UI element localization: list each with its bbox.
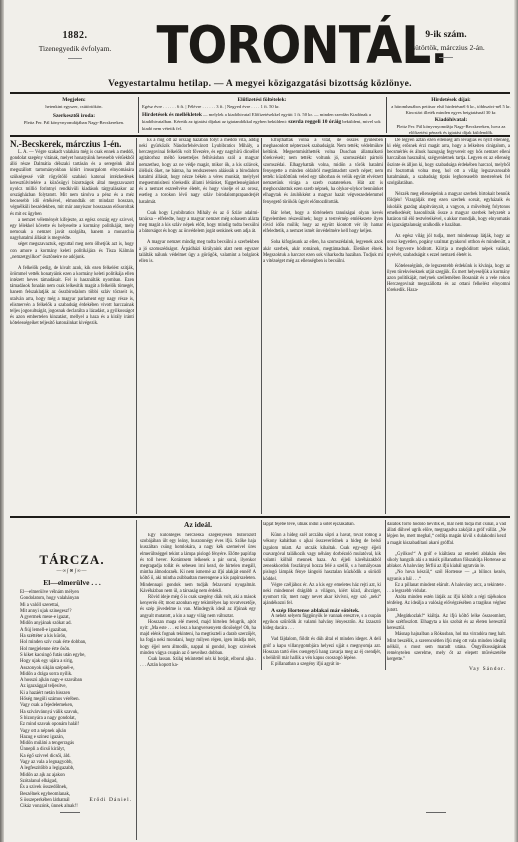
publisher-label: Kiadóhivatal: xyxy=(389,117,513,124)
paragraph: a nemzet véleményét kifejezte, az egész … xyxy=(10,218,134,243)
year: 1882. xyxy=(20,30,130,41)
paragraph: „Megátkozlak!“ kiáltja. Az ifjú költő le… xyxy=(387,614,506,633)
story-signature: Vay Sándor. xyxy=(387,666,506,672)
subscription-info: Előfizetési föltételek: Egész évre . . .… xyxy=(142,97,382,133)
paragraph: Másnap hajnalban a Rókusban, hol ma virr… xyxy=(387,632,506,663)
divider xyxy=(439,57,453,58)
editorial-text: Pleitz Fer. Pál könyvnyomdájában Nagy-Be… xyxy=(10,120,138,126)
ads-label: Hirdetések díjai: xyxy=(389,97,513,104)
paragraph: Az egész világ jól tudja, mert mindennap… xyxy=(387,234,510,259)
paragraph: Végre czéljához ér. Az a kis egy emelete… xyxy=(263,583,381,608)
section-rule xyxy=(10,516,510,518)
paragraph: séget megszavaztuk, egyuttal meg nem ölh… xyxy=(10,242,134,260)
paragraph: Kötelességünk, de legszentebb érdekünk i… xyxy=(387,264,510,295)
supplements-label: Hirdetések és mellékletek xyxy=(142,112,202,118)
newspaper-page: 1882. Tizenegyedik évfolyam. TORONTÁL. 9… xyxy=(6,0,514,842)
masthead-rule xyxy=(10,92,510,94)
newspaper-title: TORONTÁL. xyxy=(157,18,382,74)
paragraph: A felkelők pedig, de kivalt azok, kik ez… xyxy=(10,266,134,328)
lead-column-3: Elfojthatták volna a vitát, de összes gy… xyxy=(263,138,383,265)
volume: Tizenegyedik évfolyam. xyxy=(20,44,130,53)
column-divider xyxy=(136,520,137,840)
paragraph: Vad fájdalom, földit és düh által el min… xyxy=(263,637,381,662)
ads-info: Hirdetések díjai: a háromhasábos petitso… xyxy=(386,97,513,133)
column-divider xyxy=(136,138,137,514)
paragraph: Bár lehet, hogy a történelem tanulságai … xyxy=(263,211,383,236)
paragraph: Csak lassan. Szilaj tekintettel néz ki b… xyxy=(140,657,256,669)
info-rule xyxy=(10,135,510,137)
paragraph: Csak hogy Lyubibratics Mihály és az ő Sz… xyxy=(139,211,259,236)
paragraph: „No hova készül,“ szól Hortense — „a bil… xyxy=(387,570,506,582)
editorial-label: Szerkesztői iroda: xyxy=(10,113,138,120)
deadline: szerda reggeli 10 óráig xyxy=(288,119,341,125)
paragraph: Azóta minden estén látják az ifjú költőt… xyxy=(387,595,506,614)
subtitle: Vegyestartalmu hetilap. — A megyei közig… xyxy=(6,79,514,89)
subscription-label: Előfizetési föltételek: xyxy=(142,97,382,104)
paragraph: dalatok forró hódoló hevítik el, már nem… xyxy=(387,522,506,547)
paragraph: Rövid ideje még ő is csak szegény diák v… xyxy=(140,595,256,620)
paragraph: És a míg ott az ország házában folyt a m… xyxy=(139,138,259,206)
paragraph: Künn a hideg szél arczába söpri a havat,… xyxy=(263,533,381,583)
page-edge-left xyxy=(0,0,4,842)
column-divider xyxy=(385,138,386,514)
masthead: 1882. Tizenegyedik évfolyam. TORONTÁL. 9… xyxy=(6,18,514,80)
appears-text: hetenkint egyszer, csütörtökön. xyxy=(10,104,138,110)
poem: El—elmerülve vélnám mélyenGondolatom, ho… xyxy=(20,590,134,810)
poem-author: Erődi Dániel. xyxy=(66,797,132,803)
paragraph: E pillanatban a szegény ifjú agyát in- xyxy=(263,662,381,668)
paragraph: Nézzék meg ellenségeink a magyar szerbek… xyxy=(387,192,510,229)
paragraph: Soha kifogásunk az ellen, ha szomszédain… xyxy=(263,240,383,265)
paragraph: Elfojthatták volna a vitát, de összes gy… xyxy=(263,138,383,206)
paragraph: A magyar nemzet mindig meg tudta becsüln… xyxy=(139,240,259,265)
page-edge-right xyxy=(514,0,518,842)
poem-line: Cikáz vonzónk, ünnek alnak!! xyxy=(20,804,134,810)
issue-date: Csütörtök, márczius 2-án. xyxy=(386,43,506,52)
ads-text: a háromhasábos petitsor első hirdetésnél… xyxy=(389,104,513,116)
story-title: Az ideál. xyxy=(140,520,256,529)
publication-info: Megjelen: hetenkint egyszer, csütörtökön… xyxy=(10,97,139,133)
poem-title: El—elmerülve . . . xyxy=(10,578,134,587)
story-column-1: Egy különleges herczeska szegényesen bút… xyxy=(140,533,256,669)
paragraph: Ez a pillanat mindent elárult. A halován… xyxy=(387,583,506,595)
story-column-2: lapját fejébe téve, utnak indul a sötét … xyxy=(263,522,381,668)
paragraph: „Gyilkos!“ A gróf e kiáltásra az emeleti… xyxy=(387,552,506,571)
end-rule xyxy=(60,812,80,813)
paragraph: Egy különleges herczeska szegényesen bút… xyxy=(140,533,256,595)
paragraph: Hosszan maga elé mered, majd hirtelen fe… xyxy=(140,620,256,657)
story-column-3: dalatok forró hódoló hevítik el, már nem… xyxy=(387,522,506,673)
lead-column-1: N.-Becskerek, márczius 1-én. L. A. — Vég… xyxy=(10,138,134,327)
divider xyxy=(68,58,82,59)
column-divider xyxy=(261,138,262,514)
lead-column-4: De legyen aztán ezen ellenség ám levagia… xyxy=(387,138,510,295)
section-title: TÁRCZA. xyxy=(10,552,134,568)
paragraph: De legyen aztán ezen ellenség ám levagia… xyxy=(387,138,510,187)
end-rule xyxy=(426,812,446,813)
subscription-text: Egész évre . . . . . . 6 ft. | Félévre .… xyxy=(142,104,382,110)
dateline: N.-Becskerek, márczius 1-én. xyxy=(10,138,134,150)
lead-column-2: És a míg ott az ország házában folyt a m… xyxy=(139,138,259,265)
info-strip: Megjelen: hetenkint egyszer, csütörtökön… xyxy=(10,97,510,135)
ornament: —∞∫⊗∫∞— xyxy=(10,568,134,574)
paragraph: A nehéz selyem függönyök le vannak eresz… xyxy=(263,614,381,633)
paragraph: L. A. — Végre szakadt valahára még is cs… xyxy=(10,150,134,218)
column-divider xyxy=(385,520,386,670)
appears-label: Megjelen: xyxy=(10,97,138,104)
column-divider xyxy=(261,520,262,670)
masthead-right: 9-ik szám. Csütörtök, márczius 2-án. xyxy=(386,30,506,58)
issue-number: 9-ik szám. xyxy=(386,30,506,40)
masthead-left: 1882. Tizenegyedik évfolyam. xyxy=(20,30,130,59)
